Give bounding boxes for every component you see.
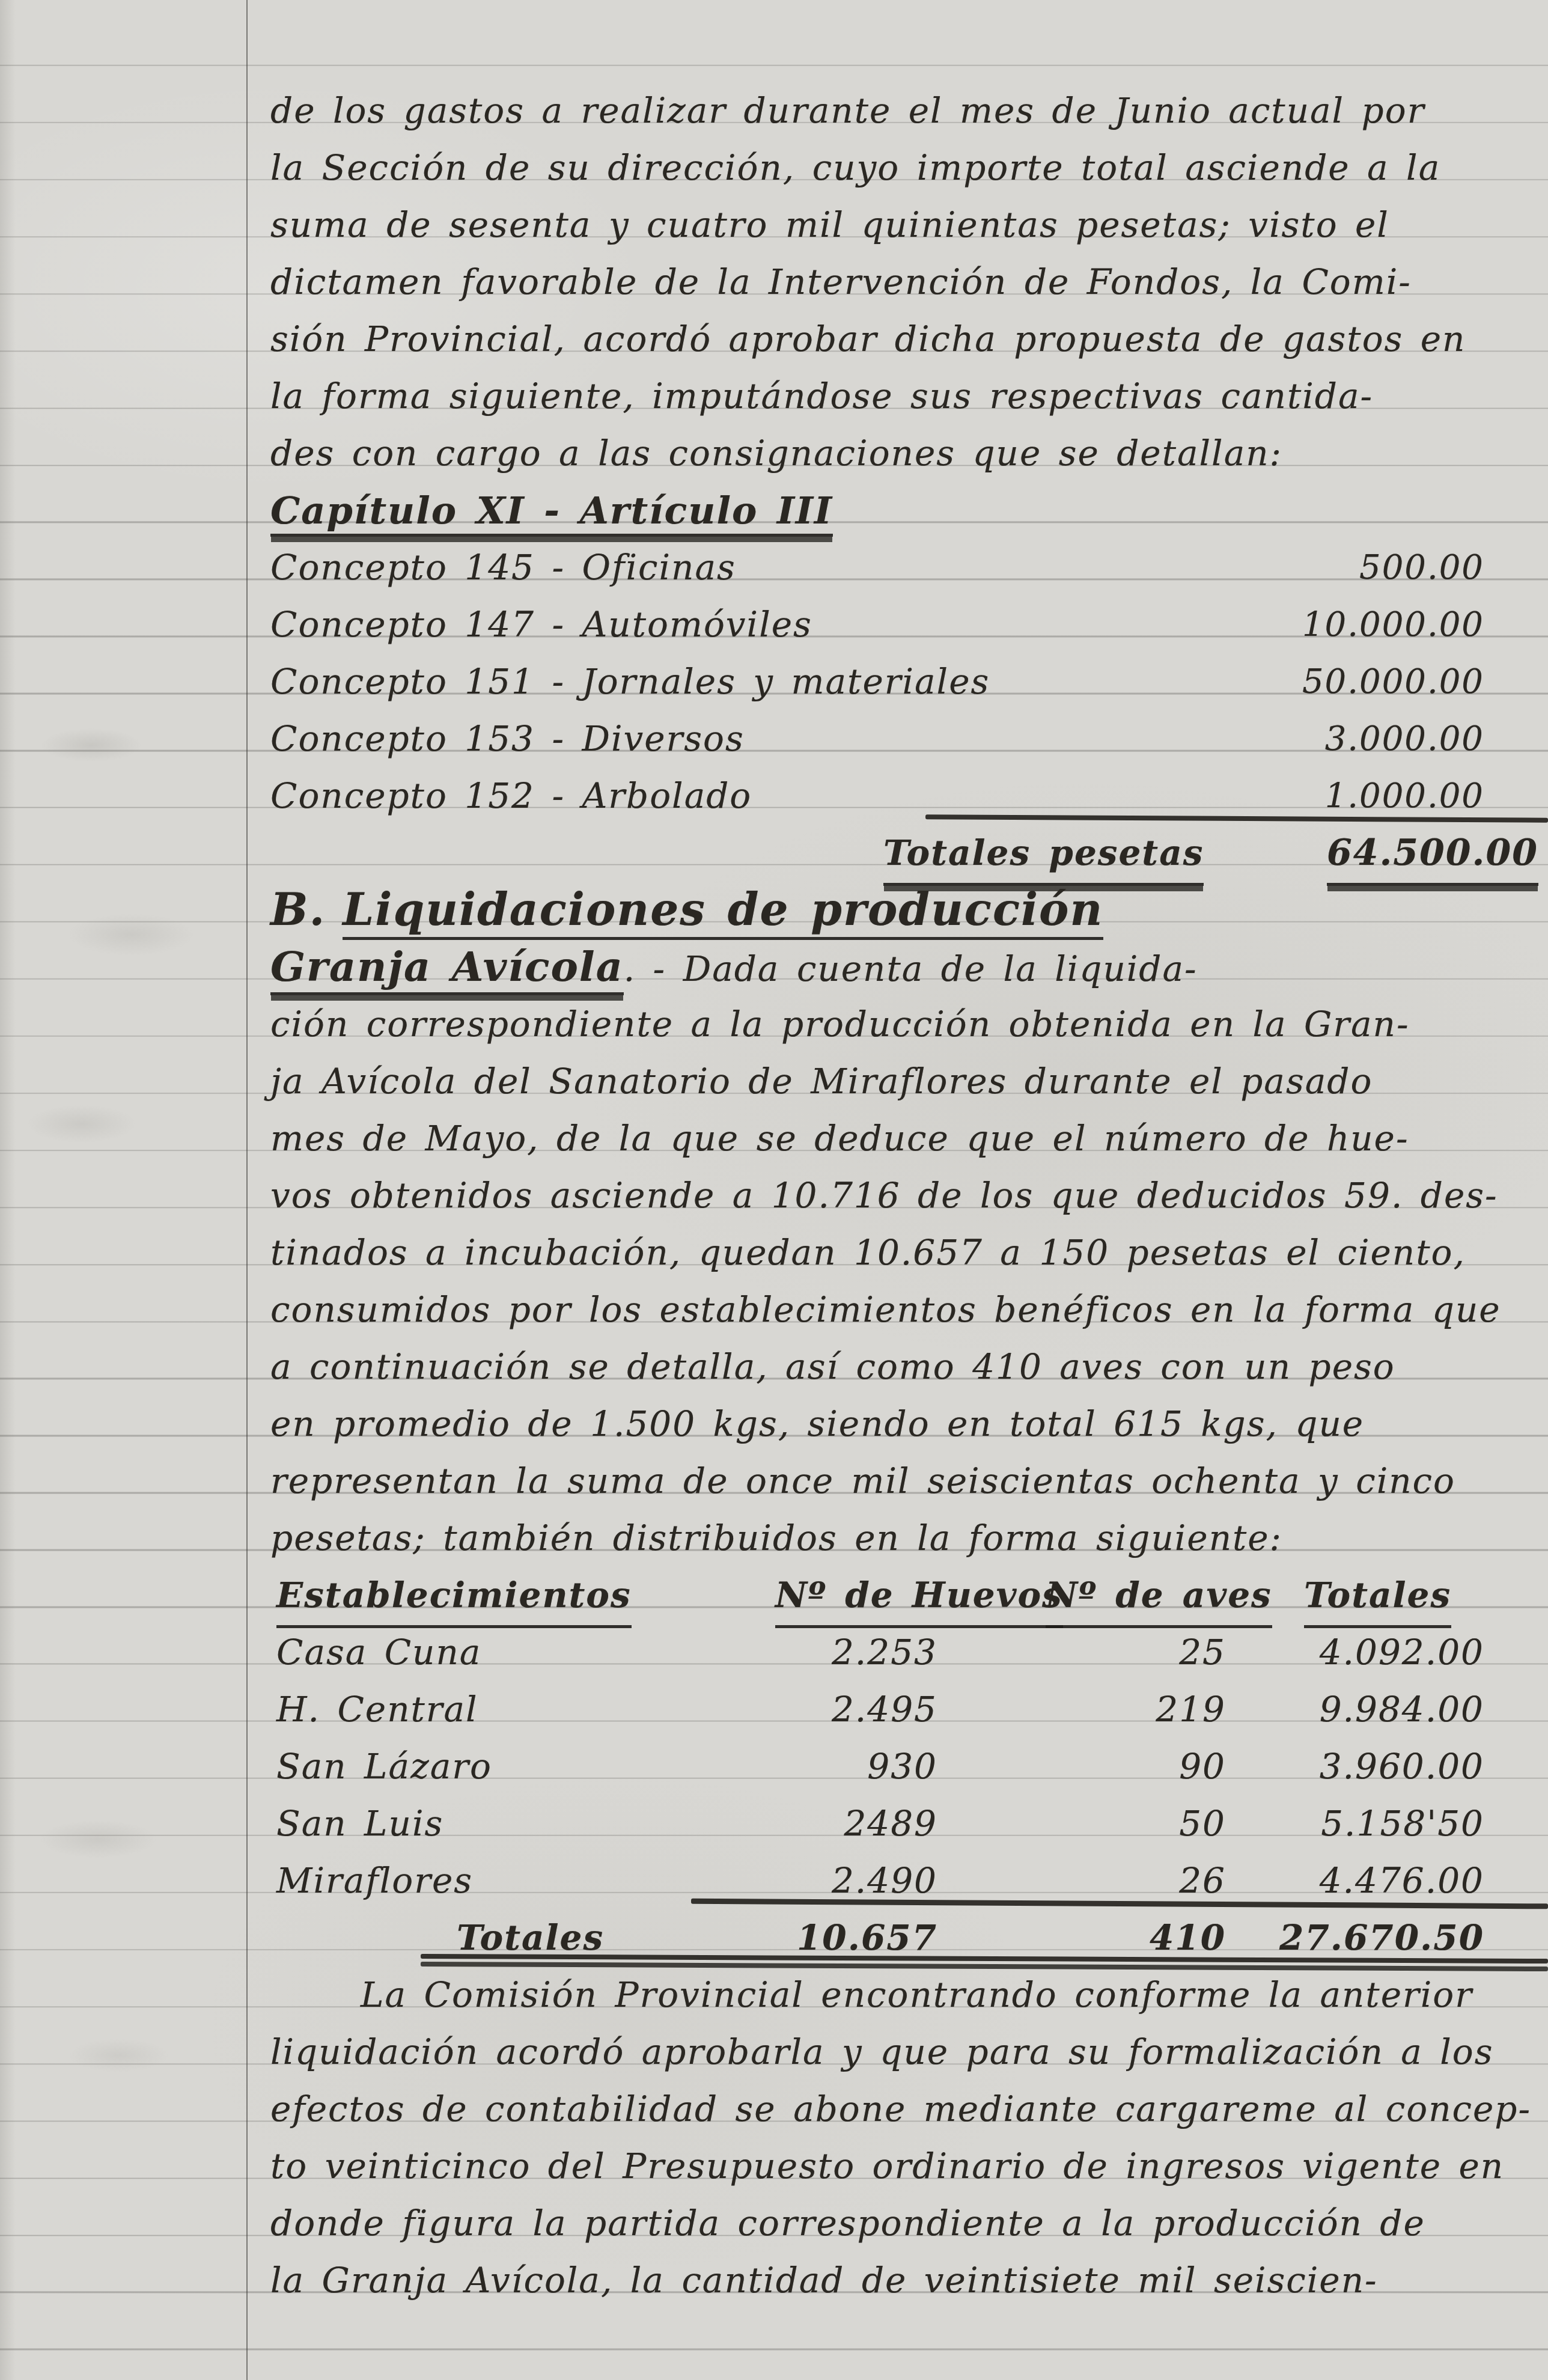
concepto-amount: 500.00 bbox=[1359, 539, 1484, 596]
line-text: representan la suma de once mil seiscien… bbox=[270, 1460, 1455, 1501]
col-header-establecimientos: Establecimientos bbox=[276, 1567, 632, 1628]
line-text: vos obtenidos asciende a 10.716 de los q… bbox=[270, 1175, 1498, 1216]
col-header-aves: Nº de aves bbox=[1046, 1567, 1272, 1628]
concepto-label: Concepto 151 - Jornales y materiales bbox=[270, 661, 990, 702]
manuscript-line: la Sección de su dirección, cuyo importe… bbox=[270, 139, 1548, 197]
line-text: sión Provincial, acordó aprobar dicha pr… bbox=[270, 319, 1466, 359]
line-text: mes de Mayo, de la que se deduce que el … bbox=[270, 1118, 1409, 1159]
line-text: dictamen favorable de la Intervención de… bbox=[270, 261, 1412, 302]
concepto-amount: 1.000.00 bbox=[1325, 767, 1484, 825]
col-header-huevos: Nº de Huevos bbox=[775, 1567, 1063, 1628]
cell-aves: 25 bbox=[1179, 1624, 1226, 1681]
line-text: pesetas; también distribuidos en la form… bbox=[270, 1518, 1282, 1558]
manuscript-page: de los gastos a realizar durante el mes … bbox=[0, 0, 1548, 2380]
granja-title: Granja Avícola bbox=[270, 943, 624, 995]
cell-aves: 50 bbox=[1179, 1795, 1226, 1852]
table-row: H. Central 2.495 219 9.984.00 bbox=[270, 1681, 1548, 1738]
manuscript-line: la Granja Avícola, la cantidad de veinti… bbox=[270, 2252, 1548, 2309]
concepto-label: Concepto 152 - Arbolado bbox=[270, 775, 752, 816]
cell-establecimiento: San Lázaro bbox=[276, 1738, 492, 1795]
manuscript-line: en promedio de 1.500 kgs, siendo en tota… bbox=[270, 1396, 1548, 1453]
cell-total: 9.984.00 bbox=[1320, 1681, 1484, 1738]
totals-amount: 64.500.00 bbox=[1327, 825, 1538, 886]
table-row: San Luis 2489 50 5.158'50 bbox=[270, 1795, 1548, 1852]
concepto-label: Concepto 153 - Diversos bbox=[270, 718, 745, 759]
line-text: des con cargo a las consignaciones que s… bbox=[270, 433, 1282, 474]
col-header-totales: Totales bbox=[1304, 1567, 1451, 1628]
cell-total: 3.960.00 bbox=[1320, 1738, 1484, 1795]
concepto-label: Concepto 145 - Oficinas bbox=[270, 547, 736, 588]
chapter-heading: Capítulo XI - Artículo III bbox=[270, 482, 1548, 539]
manuscript-line: dictamen favorable de la Intervención de… bbox=[270, 254, 1548, 311]
line-text: en promedio de 1.500 kgs, siendo en tota… bbox=[270, 1403, 1364, 1444]
chapter-heading-text: Capítulo XI - Artículo III bbox=[270, 489, 833, 537]
cell-total: 5.158'50 bbox=[1321, 1795, 1484, 1852]
manuscript-line: tinados a incubación, quedan 10.657 a 15… bbox=[270, 1224, 1548, 1281]
manuscript-line: sión Provincial, acordó aprobar dicha pr… bbox=[270, 311, 1548, 368]
concepto-amount: 3.000.00 bbox=[1325, 710, 1484, 767]
manuscript-line: efectos de contabilidad se abone mediant… bbox=[270, 2081, 1548, 2138]
cell-huevos: 2489 bbox=[844, 1795, 937, 1852]
concepto-label: Concepto 147 - Automóviles bbox=[270, 604, 812, 645]
line-text: to veinticinco del Presupuesto ordinario… bbox=[270, 2146, 1504, 2186]
manuscript-line: de los gastos a realizar durante el mes … bbox=[270, 82, 1548, 139]
cell-huevos: 930 bbox=[867, 1738, 937, 1795]
table-header-row: Establecimientos Nº de Huevos Nº de aves… bbox=[270, 1567, 1548, 1624]
manuscript-line: ción correspondiente a la producción obt… bbox=[270, 996, 1548, 1053]
cell-establecimiento: H. Central bbox=[276, 1681, 478, 1738]
manuscript-line: des con cargo a las consignaciones que s… bbox=[270, 425, 1548, 482]
concepto-line: Concepto 153 - Diversos 3.000.00 bbox=[270, 710, 1548, 767]
concepto-line: Concepto 145 - Oficinas 500.00 bbox=[270, 539, 1548, 596]
cell-establecimiento: Casa Cuna bbox=[276, 1624, 481, 1681]
manuscript-line: a continuación se detalla, así como 410 … bbox=[270, 1338, 1548, 1396]
manuscript-line: ja Avícola del Sanatorio de Miraflores d… bbox=[270, 1053, 1548, 1110]
manuscript-line: representan la suma de once mil seiscien… bbox=[270, 1453, 1548, 1510]
cell-huevos: 2.253 bbox=[832, 1624, 937, 1681]
totals-line: Totales pesetas 64.500.00 bbox=[270, 825, 1548, 882]
line-text: liquidación acordó aprobarla y que para … bbox=[270, 2031, 1494, 2072]
line-text: la forma siguiente, imputándose sus resp… bbox=[270, 376, 1373, 416]
manuscript-line: pesetas; también distribuidos en la form… bbox=[270, 1510, 1548, 1567]
line-text: tinados a incubación, quedan 10.657 a 15… bbox=[270, 1232, 1466, 1273]
totals-label: Totales pesetas bbox=[883, 825, 1204, 886]
cell-aves: 219 bbox=[1156, 1681, 1226, 1738]
manuscript-line: to veinticinco del Presupuesto ordinario… bbox=[270, 2138, 1548, 2195]
line-text: donde figura la partida correspondiente … bbox=[270, 2203, 1425, 2244]
cell-aves: 90 bbox=[1179, 1738, 1226, 1795]
bleed-through-smudge bbox=[12, 691, 210, 1232]
line-text: consumidos por los establecimientos bené… bbox=[270, 1289, 1501, 1330]
manuscript-line: vos obtenidos asciende a 10.716 de los q… bbox=[270, 1167, 1548, 1224]
manuscript-line: donde figura la partida correspondiente … bbox=[270, 2195, 1548, 2252]
concepto-line: Concepto 147 - Automóviles 10.000.00 bbox=[270, 596, 1548, 653]
line-text: ja Avícola del Sanatorio de Miraflores d… bbox=[270, 1061, 1373, 1102]
concepto-amount: 10.000.00 bbox=[1302, 596, 1484, 653]
concepto-line: Concepto 151 - Jornales y materiales 50.… bbox=[270, 653, 1548, 710]
line-text: la Sección de su dirección, cuyo importe… bbox=[270, 147, 1440, 188]
manuscript-line: La Comisión Provincial encontrando confo… bbox=[270, 1967, 1548, 2024]
section-title: Liquidaciones de producción bbox=[343, 884, 1103, 940]
section-prefix: B. bbox=[270, 884, 326, 936]
cell-total: 4.476.00 bbox=[1320, 1852, 1484, 1909]
line-text: ción correspondiente a la producción obt… bbox=[270, 1004, 1410, 1045]
line-text: efectos de contabilidad se abone mediant… bbox=[270, 2089, 1531, 2129]
bleed-through-smudge bbox=[6, 1743, 210, 2224]
line-text: suma de sesenta y cuatro mil quinientas … bbox=[270, 204, 1389, 245]
manuscript-line: la forma siguiente, imputándose sus resp… bbox=[270, 368, 1548, 425]
granja-heading-line: Granja Avícola. - Dada cuenta de la liqu… bbox=[270, 939, 1548, 996]
line-text: de los gastos a realizar durante el mes … bbox=[270, 90, 1425, 131]
table-row: San Lázaro 930 90 3.960.00 bbox=[270, 1738, 1548, 1795]
manuscript-line: suma de sesenta y cuatro mil quinientas … bbox=[270, 197, 1548, 254]
concepto-amount: 50.000.00 bbox=[1302, 653, 1484, 710]
line-text: la Granja Avícola, la cantidad de veinti… bbox=[270, 2260, 1378, 2301]
manuscript-line: liquidación acordó aprobarla y que para … bbox=[270, 2024, 1548, 2081]
manuscript-line: consumidos por los establecimientos bené… bbox=[270, 1281, 1548, 1338]
cell-huevos: 2.495 bbox=[832, 1681, 937, 1738]
section-heading: B.Liquidaciones de producción bbox=[270, 882, 1548, 939]
table-row: Casa Cuna 2.253 25 4.092.00 bbox=[270, 1624, 1548, 1681]
line-text: . - Dada cuenta de la liquida- bbox=[624, 948, 1198, 989]
manuscript-line: mes de Mayo, de la que se deduce que el … bbox=[270, 1110, 1548, 1167]
line-text: La Comisión Provincial encontrando confo… bbox=[361, 1974, 1473, 2015]
cell-total: 4.092.00 bbox=[1320, 1624, 1484, 1681]
concepto-line: Concepto 152 - Arbolado 1.000.00 bbox=[270, 767, 1548, 825]
cell-establecimiento: San Luis bbox=[276, 1795, 443, 1852]
line-text: a continuación se detalla, así como 410 … bbox=[270, 1346, 1395, 1387]
margin-rule bbox=[246, 0, 248, 2380]
cell-establecimiento: Miraflores bbox=[276, 1852, 473, 1909]
